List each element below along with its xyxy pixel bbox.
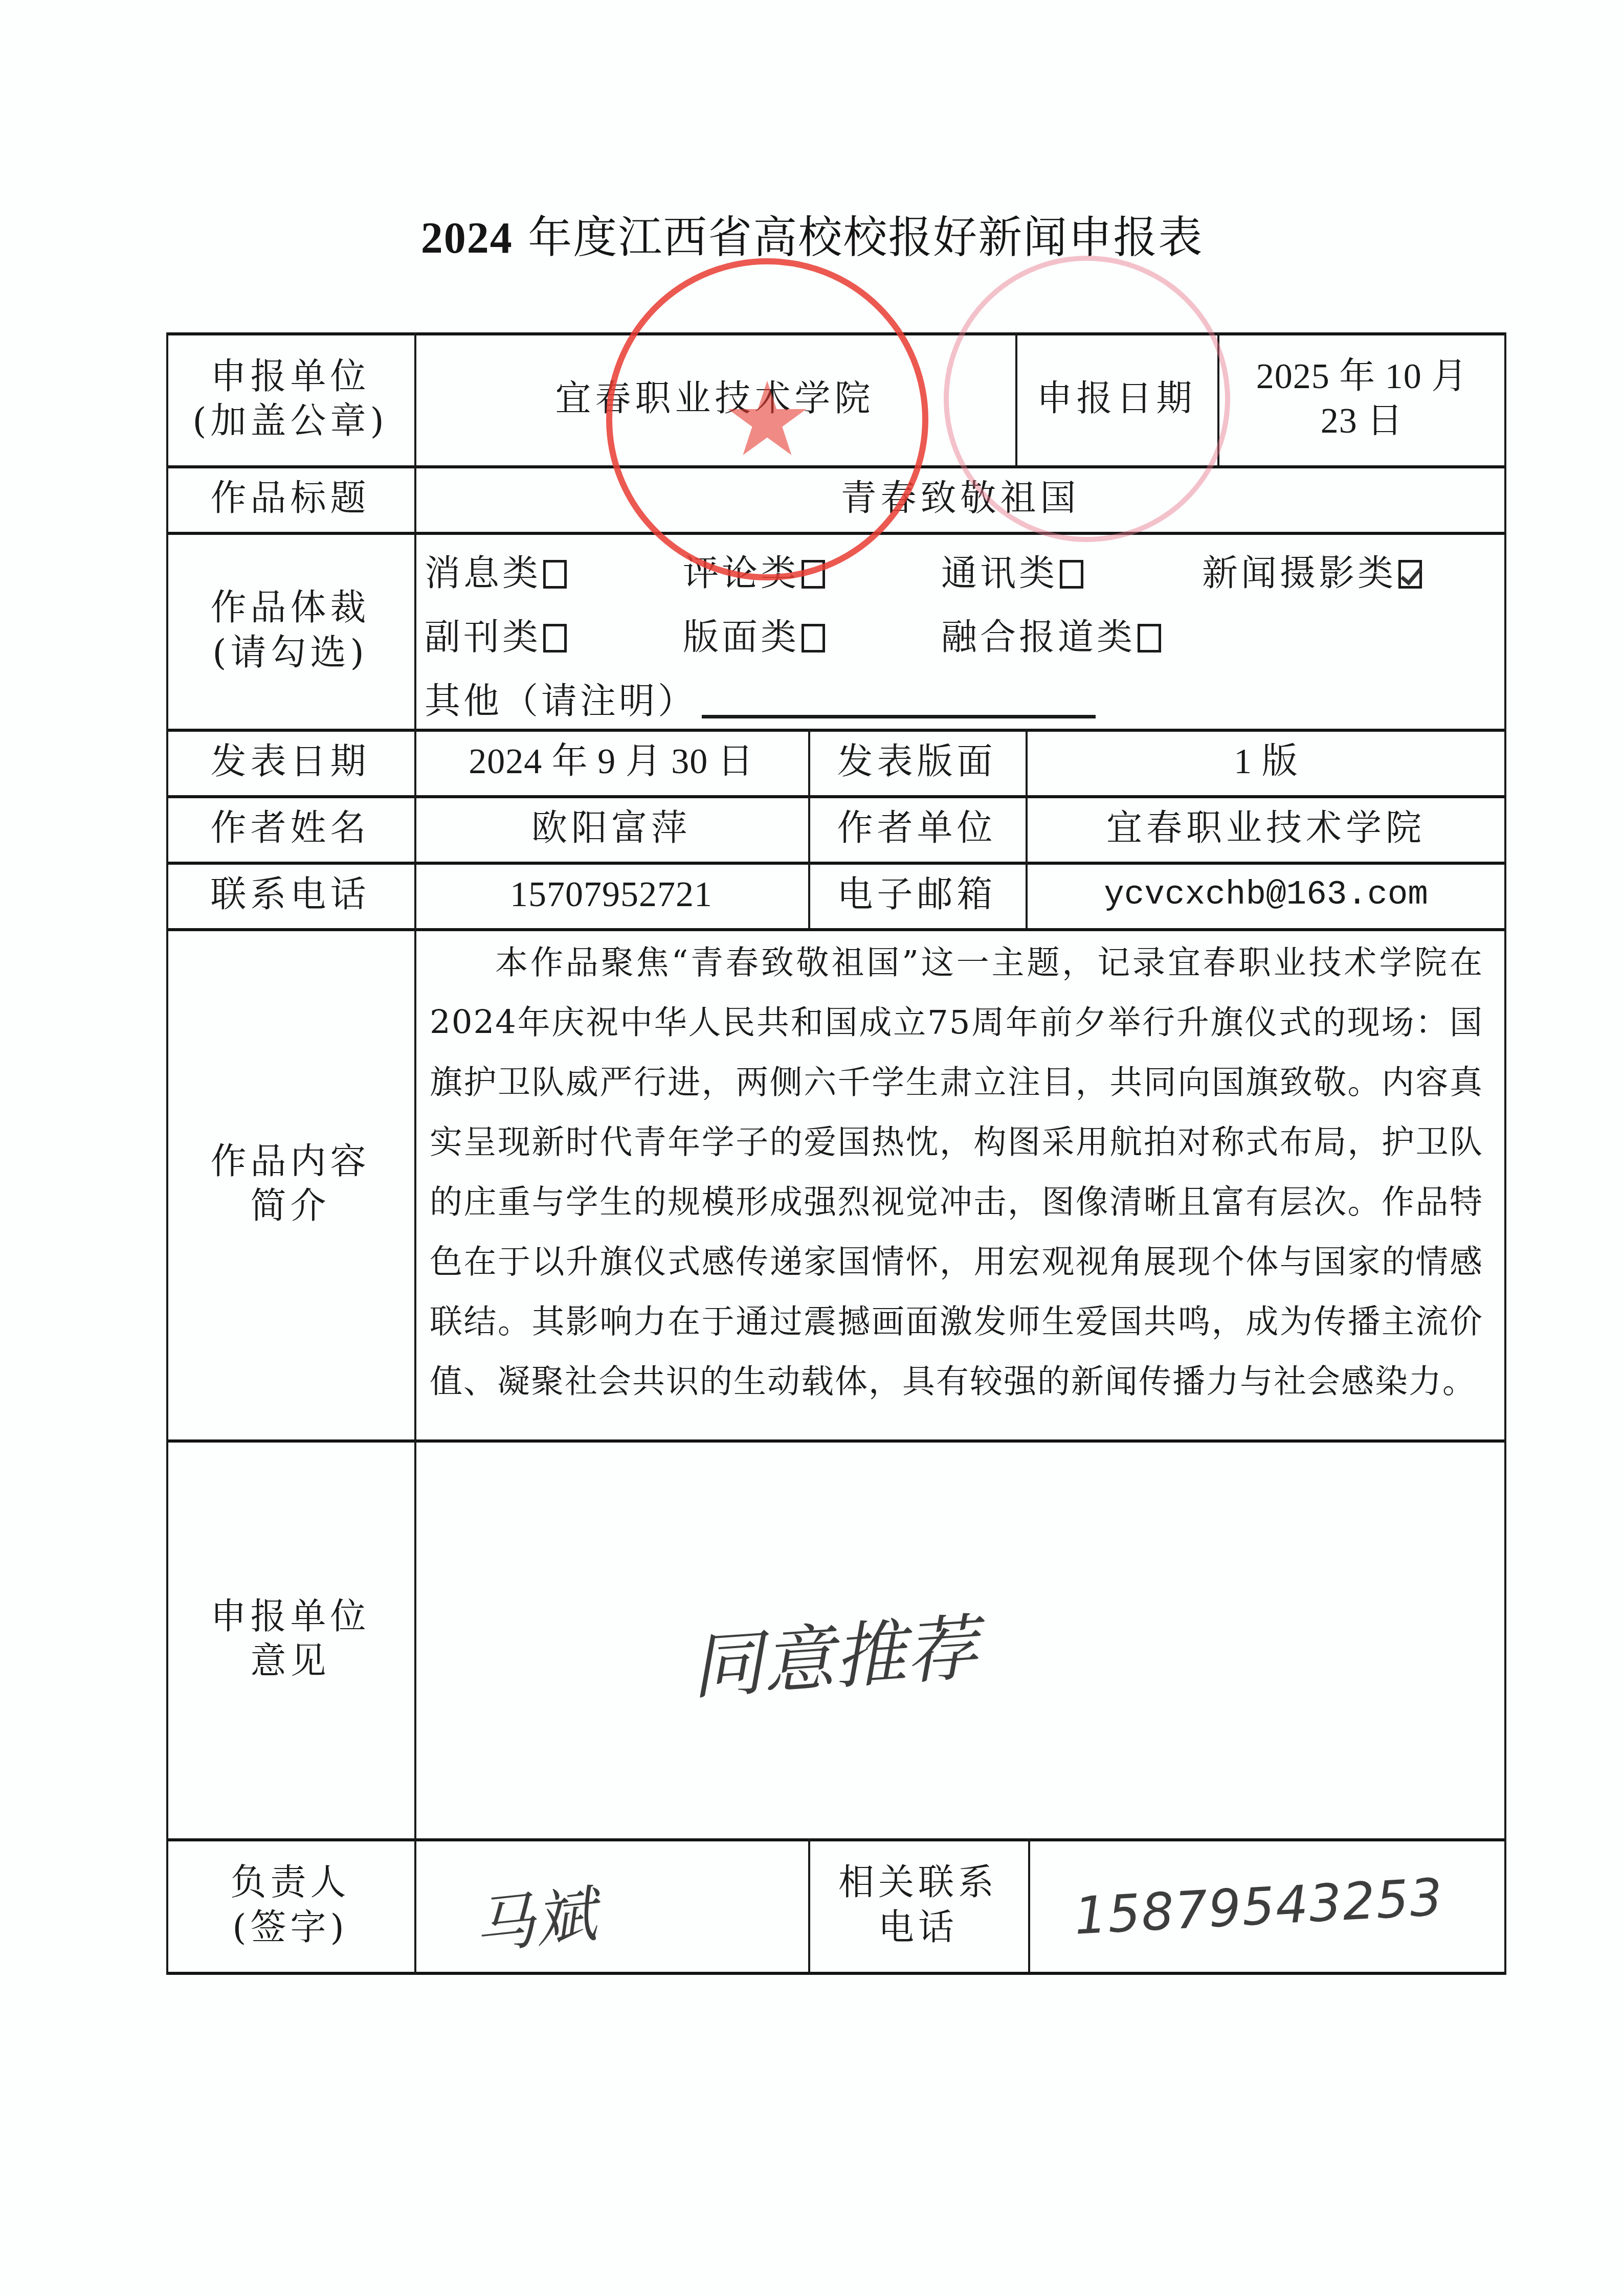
apply-date-value[interactable]: 2025 年 10 月 23 日: [1217, 332, 1506, 465]
apply-date-line2: 23 日: [1256, 399, 1468, 444]
genre-option-other: 其他（请注明）: [425, 672, 1096, 724]
unit-label-line2: (加盖公章): [192, 399, 388, 444]
genre-option-label: 消息类: [425, 552, 541, 594]
author-unit-value[interactable]: 宜春职业技术学院: [1026, 795, 1506, 862]
publish-date-value[interactable]: 2024 年 9 月 30 日: [414, 729, 808, 795]
checkbox-supplement[interactable]: [543, 624, 567, 652]
checkbox-news-photography-checked[interactable]: [1398, 560, 1422, 589]
email-label: 电子邮箱: [808, 862, 1026, 928]
contact-phone-label: 联系电话: [166, 862, 414, 928]
publish-page-label: 发表版面: [808, 729, 1026, 795]
form-title-year: 2024: [421, 213, 513, 262]
label-column-divider: [414, 332, 416, 1975]
apply-date-line1: 2025 年 10 月: [1256, 354, 1468, 399]
genre-option-label: 评论类: [683, 552, 799, 594]
author-name-label: 作者姓名: [166, 795, 414, 862]
related-phone-handwritten[interactable]: 15879543253: [1073, 1867, 1444, 1946]
genre-option-commentary[interactable]: 评论类: [683, 545, 825, 596]
responsible-label-line2: (签字): [231, 1905, 350, 1950]
email-value[interactable]: ycvcxchb@163.com: [1026, 862, 1506, 928]
table-border-right: [1504, 332, 1506, 1975]
summary-label: 作品内容 简介: [166, 928, 414, 1439]
author-unit-label: 作者单位: [808, 795, 1026, 862]
form-title: 2024 年度江西省高校校报好新闻申报表: [0, 202, 1624, 265]
contact-phone-value[interactable]: 15707952721: [414, 862, 808, 928]
responsible-person-label: 负责人 (签字): [166, 1838, 414, 1972]
genre-label-line1: 作品体裁: [211, 586, 370, 631]
checkbox-feature[interactable]: [1060, 560, 1083, 589]
genre-option-label: 版面类: [683, 616, 799, 658]
genre-label-line2: (请勾选): [211, 631, 370, 676]
genre-other-label: 其他（请注明）: [425, 680, 697, 722]
checkbox-multimedia[interactable]: [1138, 624, 1161, 652]
checkbox-news[interactable]: [543, 560, 567, 589]
application-form-table: 申报单位 (加盖公章) 宜春职业技术学院 申报日期 2025 年 10 月 23…: [166, 332, 1506, 1975]
author-name-value[interactable]: 欧阳富萍: [414, 795, 808, 862]
checkbox-layout[interactable]: [802, 624, 825, 652]
unit-label-line1: 申报单位: [192, 354, 388, 399]
summary-label-line2: 简介: [211, 1184, 370, 1229]
genre-option-label: 副刊类: [425, 616, 541, 658]
responsible-signature[interactable]: 马斌: [469, 1865, 600, 1966]
responsible-label-line1: 负责人: [231, 1860, 350, 1905]
opinion-label-line2: 意见: [211, 1639, 370, 1684]
related-phone-label-line2: 电话: [838, 1905, 998, 1950]
form-title-text: 年度江西省高校校报好新闻申报表: [513, 212, 1203, 263]
publish-date-label: 发表日期: [166, 729, 414, 795]
checkbox-commentary[interactable]: [802, 560, 825, 589]
opinion-handwritten[interactable]: 同意推荐: [687, 1591, 981, 1714]
summary-text[interactable]: 本作品聚焦“青春致敬祖国”这一主题，记录宜春职业技术学院在2024年庆祝中华人民…: [430, 933, 1483, 1412]
column-divider: [1028, 1838, 1030, 1972]
genre-option-layout[interactable]: 版面类: [683, 609, 825, 660]
genre-other-input[interactable]: [702, 715, 1096, 718]
genre-label: 作品体裁 (请勾选): [166, 532, 414, 729]
summary-label-line1: 作品内容: [211, 1139, 370, 1184]
unit-value[interactable]: 宜春职业技术学院: [414, 332, 1015, 465]
genre-option-label: 新闻摄影类: [1202, 552, 1396, 594]
genre-option-multimedia[interactable]: 融合报道类: [941, 609, 1161, 660]
work-title-value[interactable]: 青春致敬祖国: [414, 465, 1506, 532]
related-phone-label-line1: 相关联系: [838, 1860, 998, 1905]
related-phone-label: 相关联系 电话: [808, 1838, 1028, 1972]
opinion-label: 申报单位 意见: [166, 1439, 414, 1838]
opinion-label-line1: 申报单位: [211, 1594, 370, 1639]
genre-option-feature[interactable]: 通讯类: [941, 545, 1083, 596]
genre-option-label: 通讯类: [941, 552, 1058, 594]
genre-option-label: 融合报道类: [941, 616, 1136, 658]
table-border-bottom: [166, 1972, 1506, 1975]
work-title-label: 作品标题: [166, 465, 414, 532]
genre-option-news-photography[interactable]: 新闻摄影类: [1202, 545, 1422, 596]
genre-option-news[interactable]: 消息类: [425, 545, 567, 596]
genre-options: 消息类 评论类 通讯类 新闻摄影类 副刊类 版面类 融合报道类 其他（请注明）: [425, 534, 1488, 734]
apply-date-label: 申报日期: [1015, 332, 1217, 465]
genre-option-supplement[interactable]: 副刊类: [425, 609, 567, 660]
publish-page-value[interactable]: 1 版: [1026, 729, 1506, 795]
unit-label: 申报单位 (加盖公章): [166, 332, 414, 465]
